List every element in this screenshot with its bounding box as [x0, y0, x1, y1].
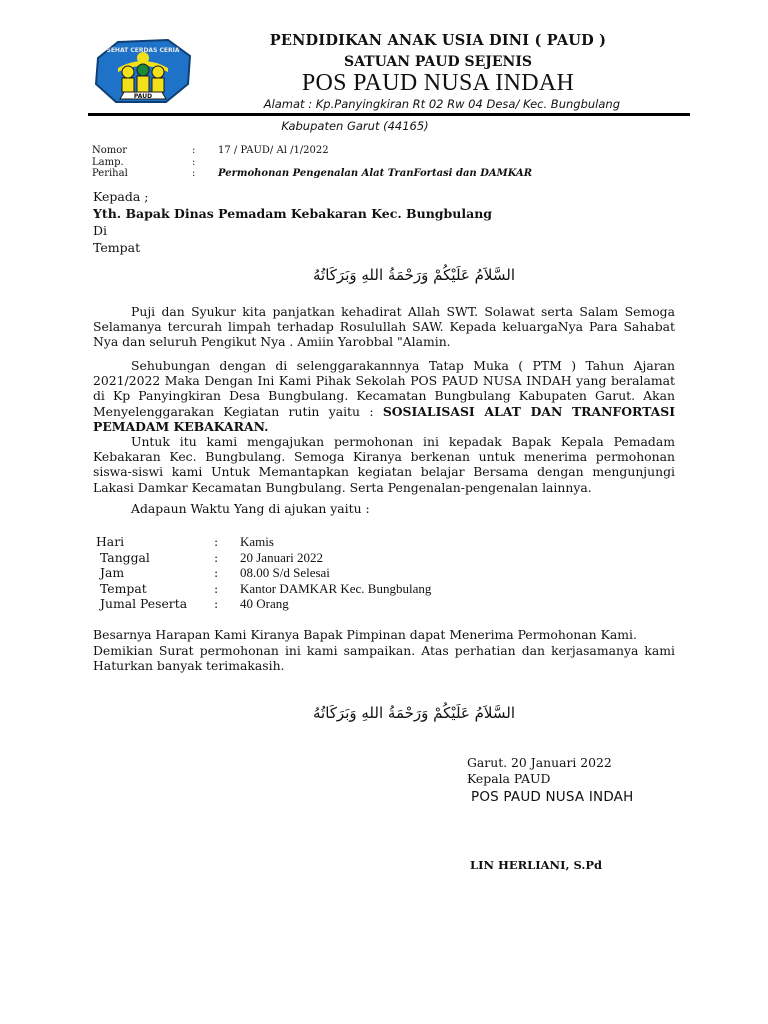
- paragraph-text: Adapaun Waktu Yang di ajukan yaitu :: [93, 501, 675, 516]
- schedule-value: Kantor DAMKAR Kec. Bungbulang: [240, 581, 431, 597]
- signature-place-date: Garut. 20 Januari 2022: [467, 755, 633, 771]
- schedule-colon: :: [214, 550, 240, 566]
- schedule-table: Hari : Kamis Tanggal : 20 Januari 2022 J…: [96, 534, 431, 612]
- letterhead-address: Alamat : Kp.Panyingkiran Rt 02 Rw 04 Des…: [200, 97, 620, 111]
- meta-colon: :: [192, 168, 218, 180]
- meta-value: 17 / PAUD/ Al /1/2022: [218, 145, 329, 157]
- meta-row-nomor: Nomor : 17 / PAUD/ Al /1/2022: [92, 145, 532, 157]
- closing-paragraph-2: Demikian Surat permohonan ini kami sampa…: [93, 643, 675, 674]
- svg-text:PAUD: PAUD: [134, 93, 152, 100]
- closing-paragraph-1: Besarnya Harapan Kami Kiranya Bapak Pimp…: [93, 627, 675, 643]
- paragraph-text: Puji dan Syukur kita panjatkan kehadirat…: [93, 304, 675, 350]
- schedule-value: 20 Januari 2022: [240, 550, 323, 566]
- signatory-name: LIN HERLIANI, S.Pd: [470, 858, 602, 872]
- body-paragraph-1: Puji dan Syukur kita panjatkan kehadirat…: [93, 304, 675, 350]
- recipient-di: Di: [93, 222, 492, 239]
- closing-block: Besarnya Harapan Kami Kiranya Bapak Pimp…: [93, 627, 675, 674]
- letterhead-org-name: POS PAUD NUSA INDAH: [200, 70, 676, 97]
- schedule-row: Jumal Peserta : 40 Orang: [96, 596, 431, 612]
- schedule-row: Hari : Kamis: [96, 534, 431, 550]
- meta-label: Lamp.: [92, 157, 192, 169]
- meta-row-perihal: Perihal : Permohonan Pengenalan Alat Tra…: [92, 168, 532, 180]
- recipient-to: Kepada ;: [93, 188, 492, 205]
- schedule-row: Tempat : Kantor DAMKAR Kec. Bungbulang: [96, 581, 431, 597]
- schedule-value: Kamis: [240, 534, 274, 550]
- schedule-label: Jam: [100, 565, 214, 581]
- schedule-label: Hari: [96, 534, 214, 550]
- meta-label: Perihal: [92, 168, 192, 180]
- schedule-label: Tanggal: [100, 550, 214, 566]
- greeting-arabic: السَّلاَمُ عَلَيْكُمْ وَرَحْمَةُ اللهِ و…: [0, 266, 768, 284]
- paragraph-text: Sehubungan dengan di selenggarakannnya T…: [93, 358, 675, 434]
- body-paragraph-4: Adapaun Waktu Yang di ajukan yaitu :: [93, 501, 675, 516]
- recipient-block: Kepada ; Yth. Bapak Dinas Pemadam Kebaka…: [93, 188, 492, 256]
- letterhead-divider: [88, 113, 690, 116]
- recipient-place: Tempat: [93, 239, 492, 256]
- letterhead-regency: Kabupaten Garut (44165): [200, 119, 510, 133]
- closing-greeting-arabic: السَّلاَمُ عَلَيْكُمْ وَرَحْمَةُ اللهِ و…: [0, 704, 768, 722]
- letter-meta: Nomor : 17 / PAUD/ Al /1/2022 Lamp. : Pe…: [92, 145, 532, 180]
- paud-logo-icon: SEHAT CERDAS CERIA PAUD: [88, 36, 198, 106]
- schedule-row: Tanggal : 20 Januari 2022: [96, 550, 431, 566]
- signature-block: Garut. 20 Januari 2022 Kepala PAUD POS P…: [467, 755, 633, 805]
- schedule-colon: :: [214, 565, 240, 581]
- paragraph-text: Untuk itu kami mengajukan permohonan ini…: [93, 434, 675, 495]
- letterhead-line-2: SATUAN PAUD SEJENIS: [200, 54, 676, 70]
- schedule-value: 08.00 S/d Selesai: [240, 565, 330, 581]
- body-paragraph-3: Untuk itu kami mengajukan permohonan ini…: [93, 434, 675, 495]
- schedule-label: Jumal Peserta: [100, 596, 214, 612]
- schedule-row: Jam : 08.00 S/d Selesai: [96, 565, 431, 581]
- meta-subject: Permohonan Pengenalan Alat TranFortasi d…: [218, 168, 532, 180]
- meta-row-lamp: Lamp. :: [92, 157, 532, 169]
- signature-org: POS PAUD NUSA INDAH: [467, 789, 633, 805]
- recipient-name: Yth. Bapak Dinas Pemadam Kebakaran Kec. …: [93, 205, 492, 222]
- meta-colon: :: [192, 157, 218, 169]
- meta-label: Nomor: [92, 145, 192, 157]
- schedule-colon: :: [214, 581, 240, 597]
- schedule-colon: :: [214, 534, 240, 550]
- schedule-value: 40 Orang: [240, 596, 289, 612]
- body-paragraph-2: Sehubungan dengan di selenggarakannnya T…: [93, 358, 675, 434]
- schedule-label: Tempat: [100, 581, 214, 597]
- signature-title: Kepala PAUD: [467, 771, 633, 787]
- letterhead-line-1: PENDIDIKAN ANAK USIA DINI ( PAUD ): [200, 32, 676, 49]
- schedule-colon: :: [214, 596, 240, 612]
- meta-colon: :: [192, 145, 218, 157]
